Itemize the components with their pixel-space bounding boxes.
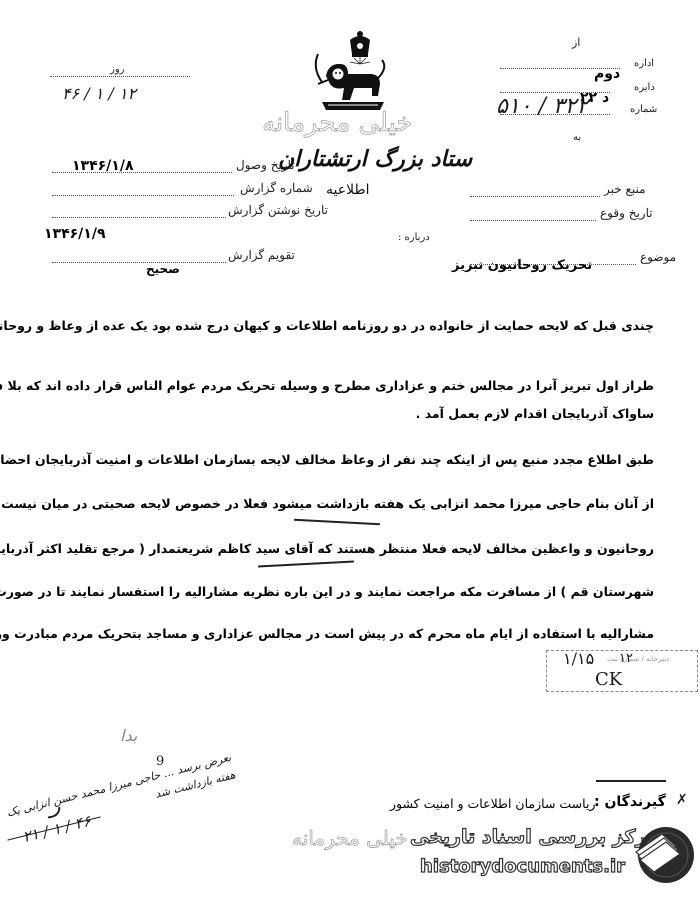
event-date-label: تاریخ وقوع: [600, 206, 653, 220]
registry-stamp-top-value: ۱/۱۵: [563, 649, 594, 668]
body-line-5: از آنان بنام حاجی میرزا محمد انزابی یک ه…: [46, 496, 654, 511]
subject-value: تحریک روحانیون تبریز: [452, 258, 592, 273]
body-line-6: روحانیون و واعظین مخالف لایحه فعلا منتظر…: [46, 541, 654, 556]
bottom-confidential-stamp: خیلی محرمانه: [292, 826, 408, 850]
registry-stamp-printed: دبیرخانه / شماره ثبت: [607, 655, 669, 663]
body-line-8: مشارالیه با استفاده از ایام ماه محرم که …: [0, 626, 654, 641]
underline-mark-1: [294, 519, 380, 525]
report-write-date-label: تاریخ نوشتن گزارش: [228, 203, 328, 217]
recipients-line-mark: [596, 780, 666, 782]
handwritten-mark: بدا: [120, 726, 137, 745]
day-value: ۱۲ / ۱ / ۴۶: [62, 84, 136, 103]
body-line-4: طبق اطلاع مجدد منبع پس از اینکه چند نفر …: [46, 452, 654, 467]
number-value: ۳۲۲ / ۵۱۰: [496, 94, 588, 119]
registry-stamp-bottom-value: CK: [595, 669, 622, 690]
office-value: دوم: [594, 66, 620, 82]
history-documents-logo-icon: [632, 822, 694, 888]
report-write-date-value: ۱۳۴۶/۱/۹: [44, 226, 106, 242]
report-number-label: شماره گزارش: [240, 181, 313, 195]
evaluation-value: صحیح: [146, 262, 180, 276]
recipients-value: ریاست سازمان اطلاعات و امنیت کشور: [390, 796, 595, 811]
underline-mark-2: [258, 560, 354, 567]
site-name-watermark: مرکز بررسی اسناد تاریخی: [410, 826, 659, 848]
body-line-1: چندی قبل که لایحه حمایت از خانواده در دو…: [46, 318, 654, 333]
handwritten-note-text: بعرض برسد ... حاجی میرزا محمد حسن انزابی…: [4, 749, 244, 863]
registry-stamp: دبیرخانه / شماره ثبت ۱/۱۵ ۱۲ CK: [546, 650, 698, 692]
body-line-2: طراز اول تبریز آنرا در مجالس ختم و عزادا…: [46, 378, 654, 393]
lion-and-sun-emblem: [298, 24, 390, 112]
about-label: درباره :: [398, 232, 430, 243]
body-line-7: شهرستان قم ) از مسافرت مکه مراجعت نمایند…: [46, 584, 654, 599]
day-dotted-line: [50, 76, 190, 77]
evaluation-label: تقویم گزارش: [228, 248, 295, 262]
organization-title: ستاد بزرگ ارتشتاران: [278, 146, 472, 172]
office-label: اداره: [634, 58, 654, 69]
site-url-watermark: historydocuments.ir: [420, 856, 625, 877]
receipt-date-value: ۱۳۴۶/۱/۸: [72, 158, 134, 174]
source-label: منبع خبر: [604, 182, 646, 196]
subject-label: موضوع: [640, 250, 676, 264]
to-label: به: [573, 132, 581, 143]
registry-stamp-side-value: ۱۲: [619, 651, 633, 666]
handwritten-signature: ر: [50, 794, 61, 819]
report-write-date-dotted-line: [52, 217, 226, 218]
top-confidential-stamp: خیلی محرمانه: [262, 108, 413, 138]
source-dotted-line: [470, 196, 600, 197]
number-label: شماره: [630, 104, 657, 115]
day-label: روز: [110, 64, 125, 75]
report-number-dotted-line: [52, 195, 234, 196]
from-label: از: [572, 36, 580, 49]
body-line-3: ساواک آذربایجان اقدام لازم بعمل آمد .: [416, 406, 654, 421]
evaluation-dotted-line: [52, 262, 226, 263]
event-date-dotted-line: [470, 220, 596, 221]
department-label: دایره: [634, 82, 655, 93]
document-type: اطلاعیه: [326, 182, 369, 198]
recipients-check-mark: ✗: [676, 792, 688, 808]
recipients-label: گیرندگان :: [594, 794, 666, 810]
receipt-date-label: تاریخ وصول: [236, 158, 295, 172]
